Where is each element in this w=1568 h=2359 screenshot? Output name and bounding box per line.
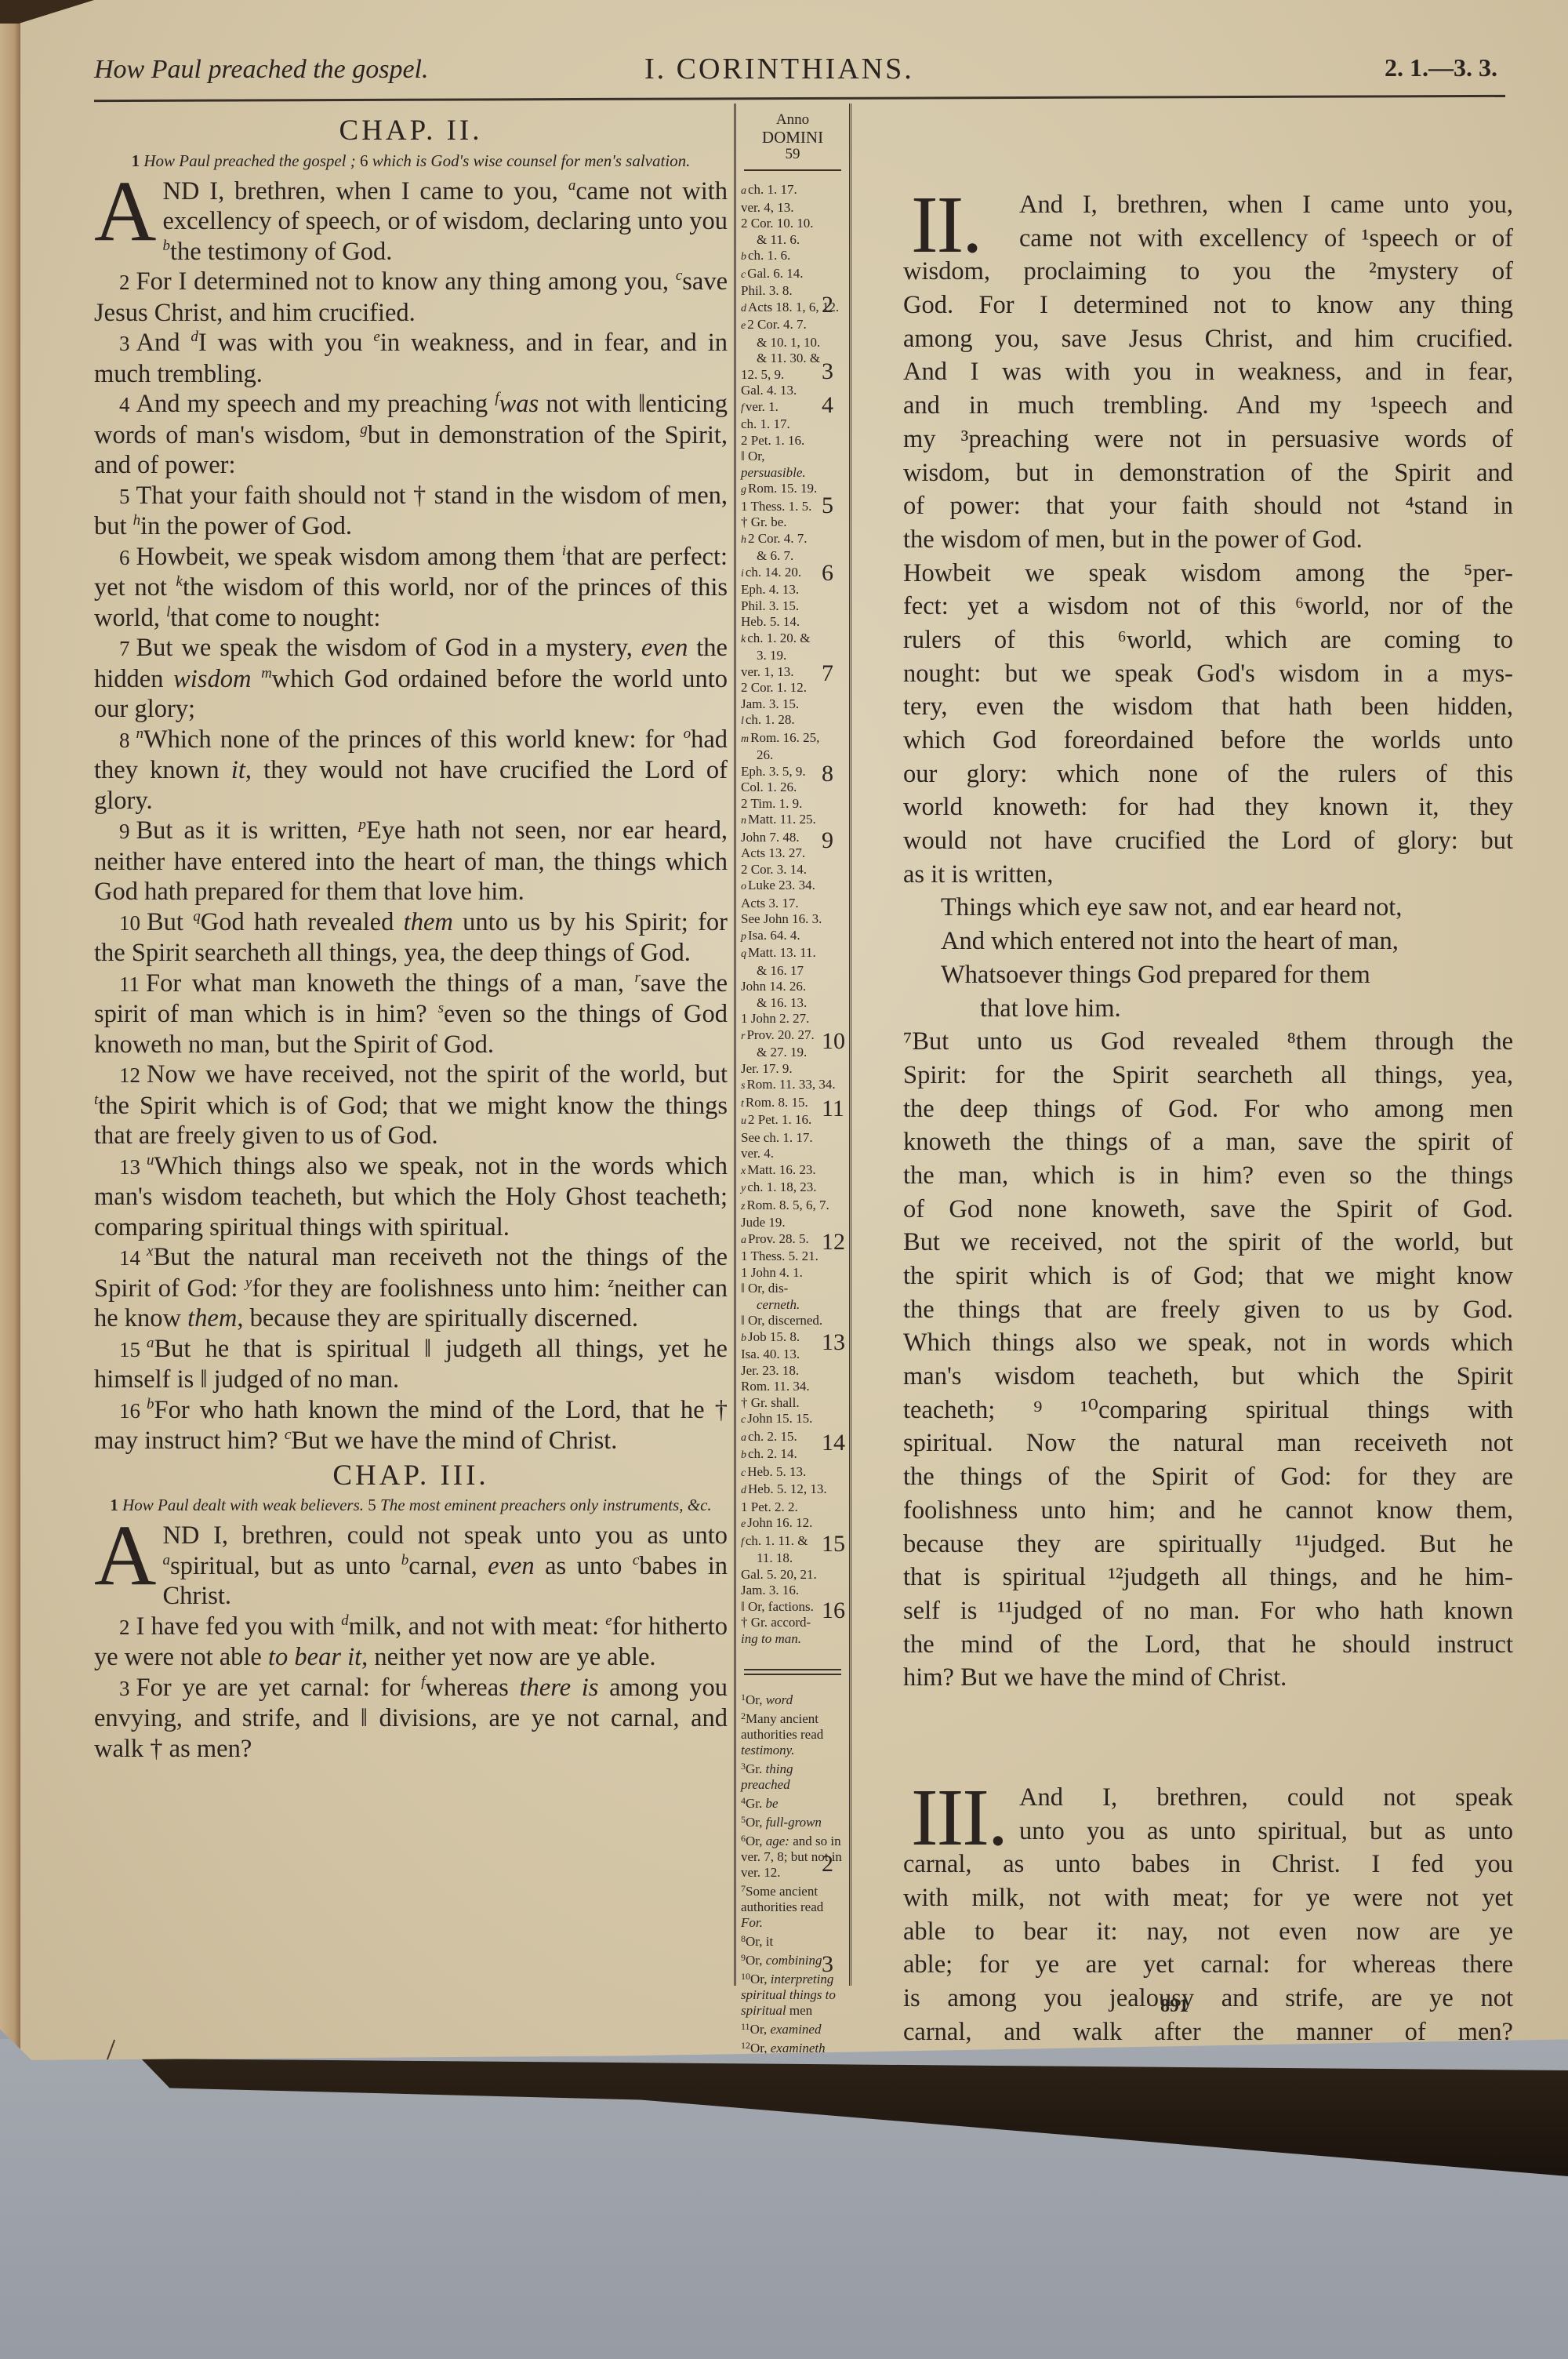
verse: 9But as it is written, pEye hath not see… <box>94 816 728 907</box>
cross-reference: Heb. 5. 14. <box>741 614 844 631</box>
drop-cap: A <box>94 1522 156 1588</box>
cross-reference: See John 16. 3. <box>741 911 844 928</box>
cross-reference: ych. 1. 18, 23. <box>741 1179 844 1198</box>
rv-line: 3able; for ye are yet carnal: for wherea… <box>862 1948 1513 1982</box>
rv-line: that love him. <box>862 992 1513 1026</box>
reference-marker: x <box>147 1243 153 1259</box>
cross-reference: Rom. 11. 34. <box>741 1379 844 1395</box>
rv-line: tery, even the wisdom that hath been hid… <box>862 690 1513 724</box>
rv-line: 6 Howbeit we speak wisdom among the ⁵per… <box>862 557 1513 591</box>
chapter-3-title: CHAP. III. <box>94 1461 728 1492</box>
rv-line: man's wisdom teacheth, but which the Spi… <box>862 1360 1513 1394</box>
verse-number: 3 <box>119 1677 130 1700</box>
reference-marker: a <box>162 1552 170 1568</box>
cross-reference: oLuke 23. 34. <box>741 878 844 896</box>
rv-line: 11the deep things of God. For who among … <box>862 1092 1513 1126</box>
verse: 13uWhich things also we speak, not in th… <box>94 1151 728 1243</box>
rv-line: came not with excellency of ¹speech or o… <box>862 222 1513 256</box>
cross-reference: ach. 1. 17. <box>741 182 844 200</box>
reference-marker: b <box>401 1552 409 1568</box>
rv-line: 3And I was with you in weakness, and in … <box>862 355 1513 389</box>
cross-reference: zRom. 8. 5, 6, 7. <box>741 1198 844 1216</box>
cross-reference: cJohn 15. 15. <box>741 1411 844 1429</box>
reference-marker: f <box>421 1674 425 1690</box>
cross-reference: qMatt. 13. 11. <box>741 945 844 963</box>
anno-domini: Anno DOMINI 59 <box>741 104 844 163</box>
rv-line: as it is written, <box>862 858 1513 892</box>
chapter-2-title: CHAP. II. <box>94 116 728 147</box>
rv-line: among you, save Jesus Christ, and him cr… <box>862 322 1513 356</box>
rv-line: 12But we received, not the spirit of the… <box>862 1226 1513 1259</box>
cross-reference: cGal. 6. 14. <box>741 266 844 284</box>
rv-line: world knoweth: for had they known it, th… <box>862 791 1513 824</box>
reference-marker: c <box>285 1427 291 1443</box>
page-gutter <box>0 0 20 2055</box>
cross-reference: 2 Cor. 3. 14. <box>741 862 844 878</box>
verse-number: 3 <box>822 355 856 389</box>
rv-line: Whatsoever things God prepared for them <box>862 958 1513 992</box>
rv-line: 14spiritual. Now the natural man receive… <box>862 1427 1513 1460</box>
cross-reference: bch. 1. 6. <box>741 248 844 266</box>
rv-column: II. And I, brethren, when I came unto yo… <box>862 188 1513 2048</box>
cross-reference: ver. 4. <box>741 1146 844 1162</box>
reference-marker: y <box>245 1274 252 1291</box>
verse: 10But qGod hath revealed them unto us by… <box>94 907 728 969</box>
rv-note: 3Gr. thing preached <box>741 1758 844 1793</box>
drop-cap: A <box>94 178 156 244</box>
cross-reference: ‖ Or, dis- <box>741 1281 844 1297</box>
rv-line: And I, brethren, could not speak <box>862 1781 1513 1815</box>
cross-reference: cHeb. 5. 13. <box>741 1464 844 1482</box>
rv-line: fect: yet a wisdom not of this ⁶world, n… <box>862 590 1513 623</box>
cross-reference: 2 Pet. 1. 16. <box>741 433 844 449</box>
verse-number: 2 <box>119 1616 130 1639</box>
rv-line: the things that are freely given to us b… <box>862 1293 1513 1327</box>
verse-number: 11 <box>822 1092 856 1126</box>
rv-line: wisdom, proclaiming to you the ²mystery … <box>862 255 1513 289</box>
rv-line: with milk, not with meat; for ye were no… <box>862 1881 1513 1915</box>
chapter-verse-range: 2. 1.—3. 3. <box>1385 53 1497 82</box>
verse-number: 16 <box>119 1399 140 1423</box>
rv-note: 5Or, full-grown <box>741 1812 844 1830</box>
verse-number: 9 <box>822 824 856 858</box>
rv-line: 4and in much trembling. And my ¹speech a… <box>862 389 1513 423</box>
rv-line: And which entered not into the heart of … <box>862 925 1513 958</box>
rv-line: 15because they are spiritually ¹¹judged.… <box>862 1528 1513 1561</box>
reference-marker: r <box>635 969 641 986</box>
verse-number: 10 <box>119 911 140 935</box>
verse-number: 8 <box>822 758 856 791</box>
verse: 3And dI was with you ein weakness, and i… <box>94 328 728 389</box>
verse-number: 13 <box>119 1155 140 1179</box>
reference-marker: o <box>684 725 691 742</box>
verse-number: 4 <box>822 389 856 423</box>
verse-number: 3 <box>119 332 130 355</box>
rv-line: 2carnal, as unto babes in Christ. I fed … <box>862 1848 1513 1881</box>
cross-reference: 2 Tim. 1. 9. <box>741 796 844 812</box>
cross-reference: pIsa. 64. 4. <box>741 928 844 946</box>
verse-number: 7 <box>119 637 130 660</box>
chapter-2-verses: AND I, brethren, when I came to you, aca… <box>94 176 728 1456</box>
verse-number: 8 <box>119 729 130 752</box>
verse-number: 7 <box>822 657 856 691</box>
reference-marker: e <box>373 329 379 345</box>
verse-number: 6 <box>822 557 856 591</box>
rv-line: 16self is ¹¹judged of no man. For who ha… <box>862 1594 1513 1628</box>
cross-reference: & 16. 13. <box>741 995 844 1012</box>
rv-line: the mind of the Lord, that he should ins… <box>862 1628 1513 1662</box>
rv-line: knoweth the things of a man, save the sp… <box>862 1125 1513 1159</box>
verse: 7But we speak the wisdom of God in a mys… <box>94 633 728 725</box>
reference-marker: d <box>191 329 198 345</box>
cross-reference: 2 Cor. 10. 10. <box>741 216 844 232</box>
cross-reference: & 10. 1, 10. <box>741 335 844 351</box>
notes-divider-2 <box>744 1674 841 1675</box>
rv-line: 5of power: that your faith should not ⁴s… <box>862 489 1513 523</box>
rv-line: foolishness unto him; and he cannot know… <box>862 1494 1513 1528</box>
cross-reference: See ch. 1. 17. <box>741 1130 844 1147</box>
cross-reference: dHeb. 5. 12, 13. <box>741 1481 844 1499</box>
chapter-2-summary: 1 How Paul preached the gospel ; 6 which… <box>94 151 728 170</box>
rv-line: teacheth; ⁹ ¹⁰comparing spiritual things… <box>862 1394 1513 1427</box>
cross-reference: John 14. 26. <box>741 979 844 995</box>
chapter-3-verses: AND I, brethren, could not speak unto yo… <box>94 1521 728 1764</box>
reference-marker: c <box>633 1552 639 1568</box>
rv-line: which God foreordained before the worlds… <box>862 724 1513 758</box>
anno-rule <box>744 169 841 171</box>
reference-marker: i <box>562 543 566 559</box>
rv-note: 1Or, word <box>741 1689 844 1708</box>
verse-number: 5 <box>822 489 856 523</box>
pencil-mark <box>106 2040 115 2063</box>
cross-reference: Phil. 3. 15. <box>741 598 844 615</box>
reference-marker: t <box>94 1092 98 1108</box>
rv-line: that is spiritual ¹²judgeth all things, … <box>862 1561 1513 1594</box>
verse-number: 2 <box>822 1848 856 1881</box>
verse: 14xBut the natural man receiveth not the… <box>94 1242 728 1334</box>
reference-marker: a <box>147 1335 154 1351</box>
verse: 12Now we have received, not the spirit o… <box>94 1060 728 1151</box>
cross-reference: ‖ Or, <box>741 449 844 465</box>
rv-line: Things which eye saw not, and ear heard … <box>862 891 1513 925</box>
cross-reference: xMatt. 16. 23. <box>741 1162 844 1180</box>
rv-line: 9would not have crucified the Lord of gl… <box>862 824 1513 858</box>
verse-number: 14 <box>822 1427 856 1460</box>
book-title: I. CORINTHIANS. <box>644 52 914 86</box>
rv-line: 13Which things also we speak, not in wor… <box>862 1326 1513 1360</box>
reference-marker: l <box>166 604 170 620</box>
verse-number: 5 <box>119 485 130 508</box>
rv-line: unto you as unto spiritual, but as unto <box>862 1815 1513 1848</box>
verse: 15aBut he that is spiritual ‖ judgeth al… <box>94 1334 728 1395</box>
reference-marker: n <box>136 725 144 742</box>
cross-reference: † Gr. shall. <box>741 1395 844 1412</box>
cross-reference: h2 Cor. 4. 7. <box>741 531 844 549</box>
verse-number: 6 <box>119 546 130 569</box>
cross-reference: & 11. 6. <box>741 232 844 249</box>
verse: 6Howbeit, we speak wisdom among them ith… <box>94 542 728 634</box>
verse-number: 2 <box>822 289 856 322</box>
page-number: 891 <box>1160 1996 1189 2017</box>
reference-marker: b <box>162 238 170 254</box>
rv-line: the things of the Spirit of God: for the… <box>862 1460 1513 1494</box>
verse-number: 16 <box>822 1594 856 1628</box>
rv-line: 8our glory: which none of the rulers of … <box>862 758 1513 791</box>
book-page: How Paul preached the gospel. I. CORINTH… <box>0 0 1568 2070</box>
reference-marker: d <box>341 1612 349 1629</box>
rv-note: 4Gr. be <box>741 1793 844 1812</box>
rv-line: Spirit: for the Spirit searcheth all thi… <box>862 1059 1513 1092</box>
cross-reference: cerneth. <box>741 1297 844 1314</box>
cross-reference: 1 Pet. 2. 2. <box>741 1499 844 1516</box>
cross-reference: Acts 3. 17. <box>741 896 844 912</box>
rv-line: him? But we have the mind of Christ. <box>862 1661 1513 1695</box>
reference-marker: k <box>176 573 183 590</box>
reference-marker: a <box>568 177 576 194</box>
rv-chapter-2: II. And I, brethren, when I came unto yo… <box>862 188 1513 1695</box>
cross-reference: ing to man. <box>741 1631 844 1648</box>
cross-reference: kch. 1. 20. & <box>741 631 844 649</box>
rv-note: 11Or, examined <box>741 2019 844 2037</box>
cross-reference: Jam. 3. 15. <box>741 696 844 713</box>
cross-reference: Jer. 17. 9. <box>741 1061 844 1078</box>
verse: 2I have fed you with dmilk, and not with… <box>94 1612 728 1673</box>
verse: 4And my speech and my preaching fwas not… <box>94 389 728 481</box>
reference-marker: p <box>358 816 366 833</box>
rv-line: 10⁷But unto us God revealed ⁸them throug… <box>862 1025 1513 1059</box>
verse: 8nWhich none of the princes of this worl… <box>94 725 728 816</box>
reference-marker: b <box>147 1396 154 1412</box>
verse-number: 15 <box>119 1338 140 1361</box>
cross-reference: ver. 4, 13. <box>741 200 844 216</box>
reference-marker: h <box>133 512 141 529</box>
reference-marker: c <box>676 267 682 284</box>
reference-marker: g <box>360 421 368 438</box>
rv-line: rulers of this ⁶world, which are coming … <box>862 623 1513 657</box>
running-header-left: How Paul preached the gospel. <box>94 55 429 85</box>
verse-number: 2 <box>119 271 130 294</box>
cross-reference: mRom. 16. 25, <box>741 730 844 748</box>
verse-number: 9 <box>119 820 130 843</box>
verse: 2For I determined not to know any thing … <box>94 267 728 328</box>
reference-marker: s <box>438 1000 444 1016</box>
reference-marker: z <box>608 1274 614 1291</box>
rv-note: 8Or, it <box>741 1931 844 1950</box>
rv-line: the wisdom of men, but in the power of G… <box>862 523 1513 557</box>
verse-number: 13 <box>822 1326 856 1360</box>
verse-number: 10 <box>822 1025 856 1059</box>
chapter-3-summary: 1 How Paul dealt with weak believers. 5 … <box>94 1496 728 1514</box>
rv-line: able to bear it: nay, not even now are y… <box>862 1915 1513 1949</box>
reference-marker: q <box>193 908 201 925</box>
verse-number: 15 <box>822 1528 856 1561</box>
cross-reference: & 16. 17 <box>741 963 844 980</box>
verse-number: 12 <box>822 1226 856 1259</box>
reference-marker: e <box>605 1612 612 1629</box>
rv-line: 7nought: but we speak God's wisdom in a … <box>862 657 1513 691</box>
verse: AND I, brethren, could not speak unto yo… <box>94 1521 728 1612</box>
cross-reference: Jer. 23. 18. <box>741 1363 844 1379</box>
verse-number: 14 <box>119 1246 140 1270</box>
verse-number: 4 <box>119 393 130 416</box>
kjv-column: CHAP. II. 1 How Paul preached the gospel… <box>94 110 728 1764</box>
verse: 16bFor who hath known the mind of the Lo… <box>94 1395 728 1456</box>
running-header: How Paul preached the gospel. I. CORINTH… <box>94 47 1497 102</box>
rv-line: And I, brethren, when I came unto you, <box>862 188 1513 222</box>
verse-number: 3 <box>822 1948 856 1982</box>
verse: 5That your faith should not † stand in t… <box>94 481 728 542</box>
cross-reference: 1 John 4. 1. <box>741 1265 844 1281</box>
rv-line: wisdom, but in demonstration of the Spir… <box>862 456 1513 490</box>
rv-note: 2Many ancient authorities read testimony… <box>741 1708 844 1758</box>
verse-number: 11 <box>119 972 140 996</box>
verse-number: 12 <box>119 1063 140 1087</box>
cross-reference: lch. 1. 28. <box>741 712 844 730</box>
rv-line: of God none knoweth, save the Spirit of … <box>862 1193 1513 1227</box>
rv-line: the man, which is in him? even so the th… <box>862 1159 1513 1193</box>
reference-marker: m <box>261 665 272 682</box>
rv-line: 2God. For I determined not to know any t… <box>862 289 1513 322</box>
rv-line: the spirit which is of God; that we migh… <box>862 1259 1513 1293</box>
rv-note: 7Some ancient authorities read For. <box>741 1881 844 1931</box>
cross-reference: persuasible. <box>741 465 844 482</box>
verse: 11For what man knoweth the things of a m… <box>94 969 728 1060</box>
corner-shadow <box>0 0 94 24</box>
rv-line: my ³preaching were not in persuasive wor… <box>862 423 1513 456</box>
cross-reference: Gal. 5. 20, 21. <box>741 1567 844 1583</box>
verse: 3For ye are yet carnal: for fwhereas the… <box>94 1673 728 1765</box>
reference-marker: u <box>147 1152 154 1169</box>
verse: AND I, brethren, when I came to you, aca… <box>94 176 728 267</box>
notes-divider <box>744 1669 841 1670</box>
